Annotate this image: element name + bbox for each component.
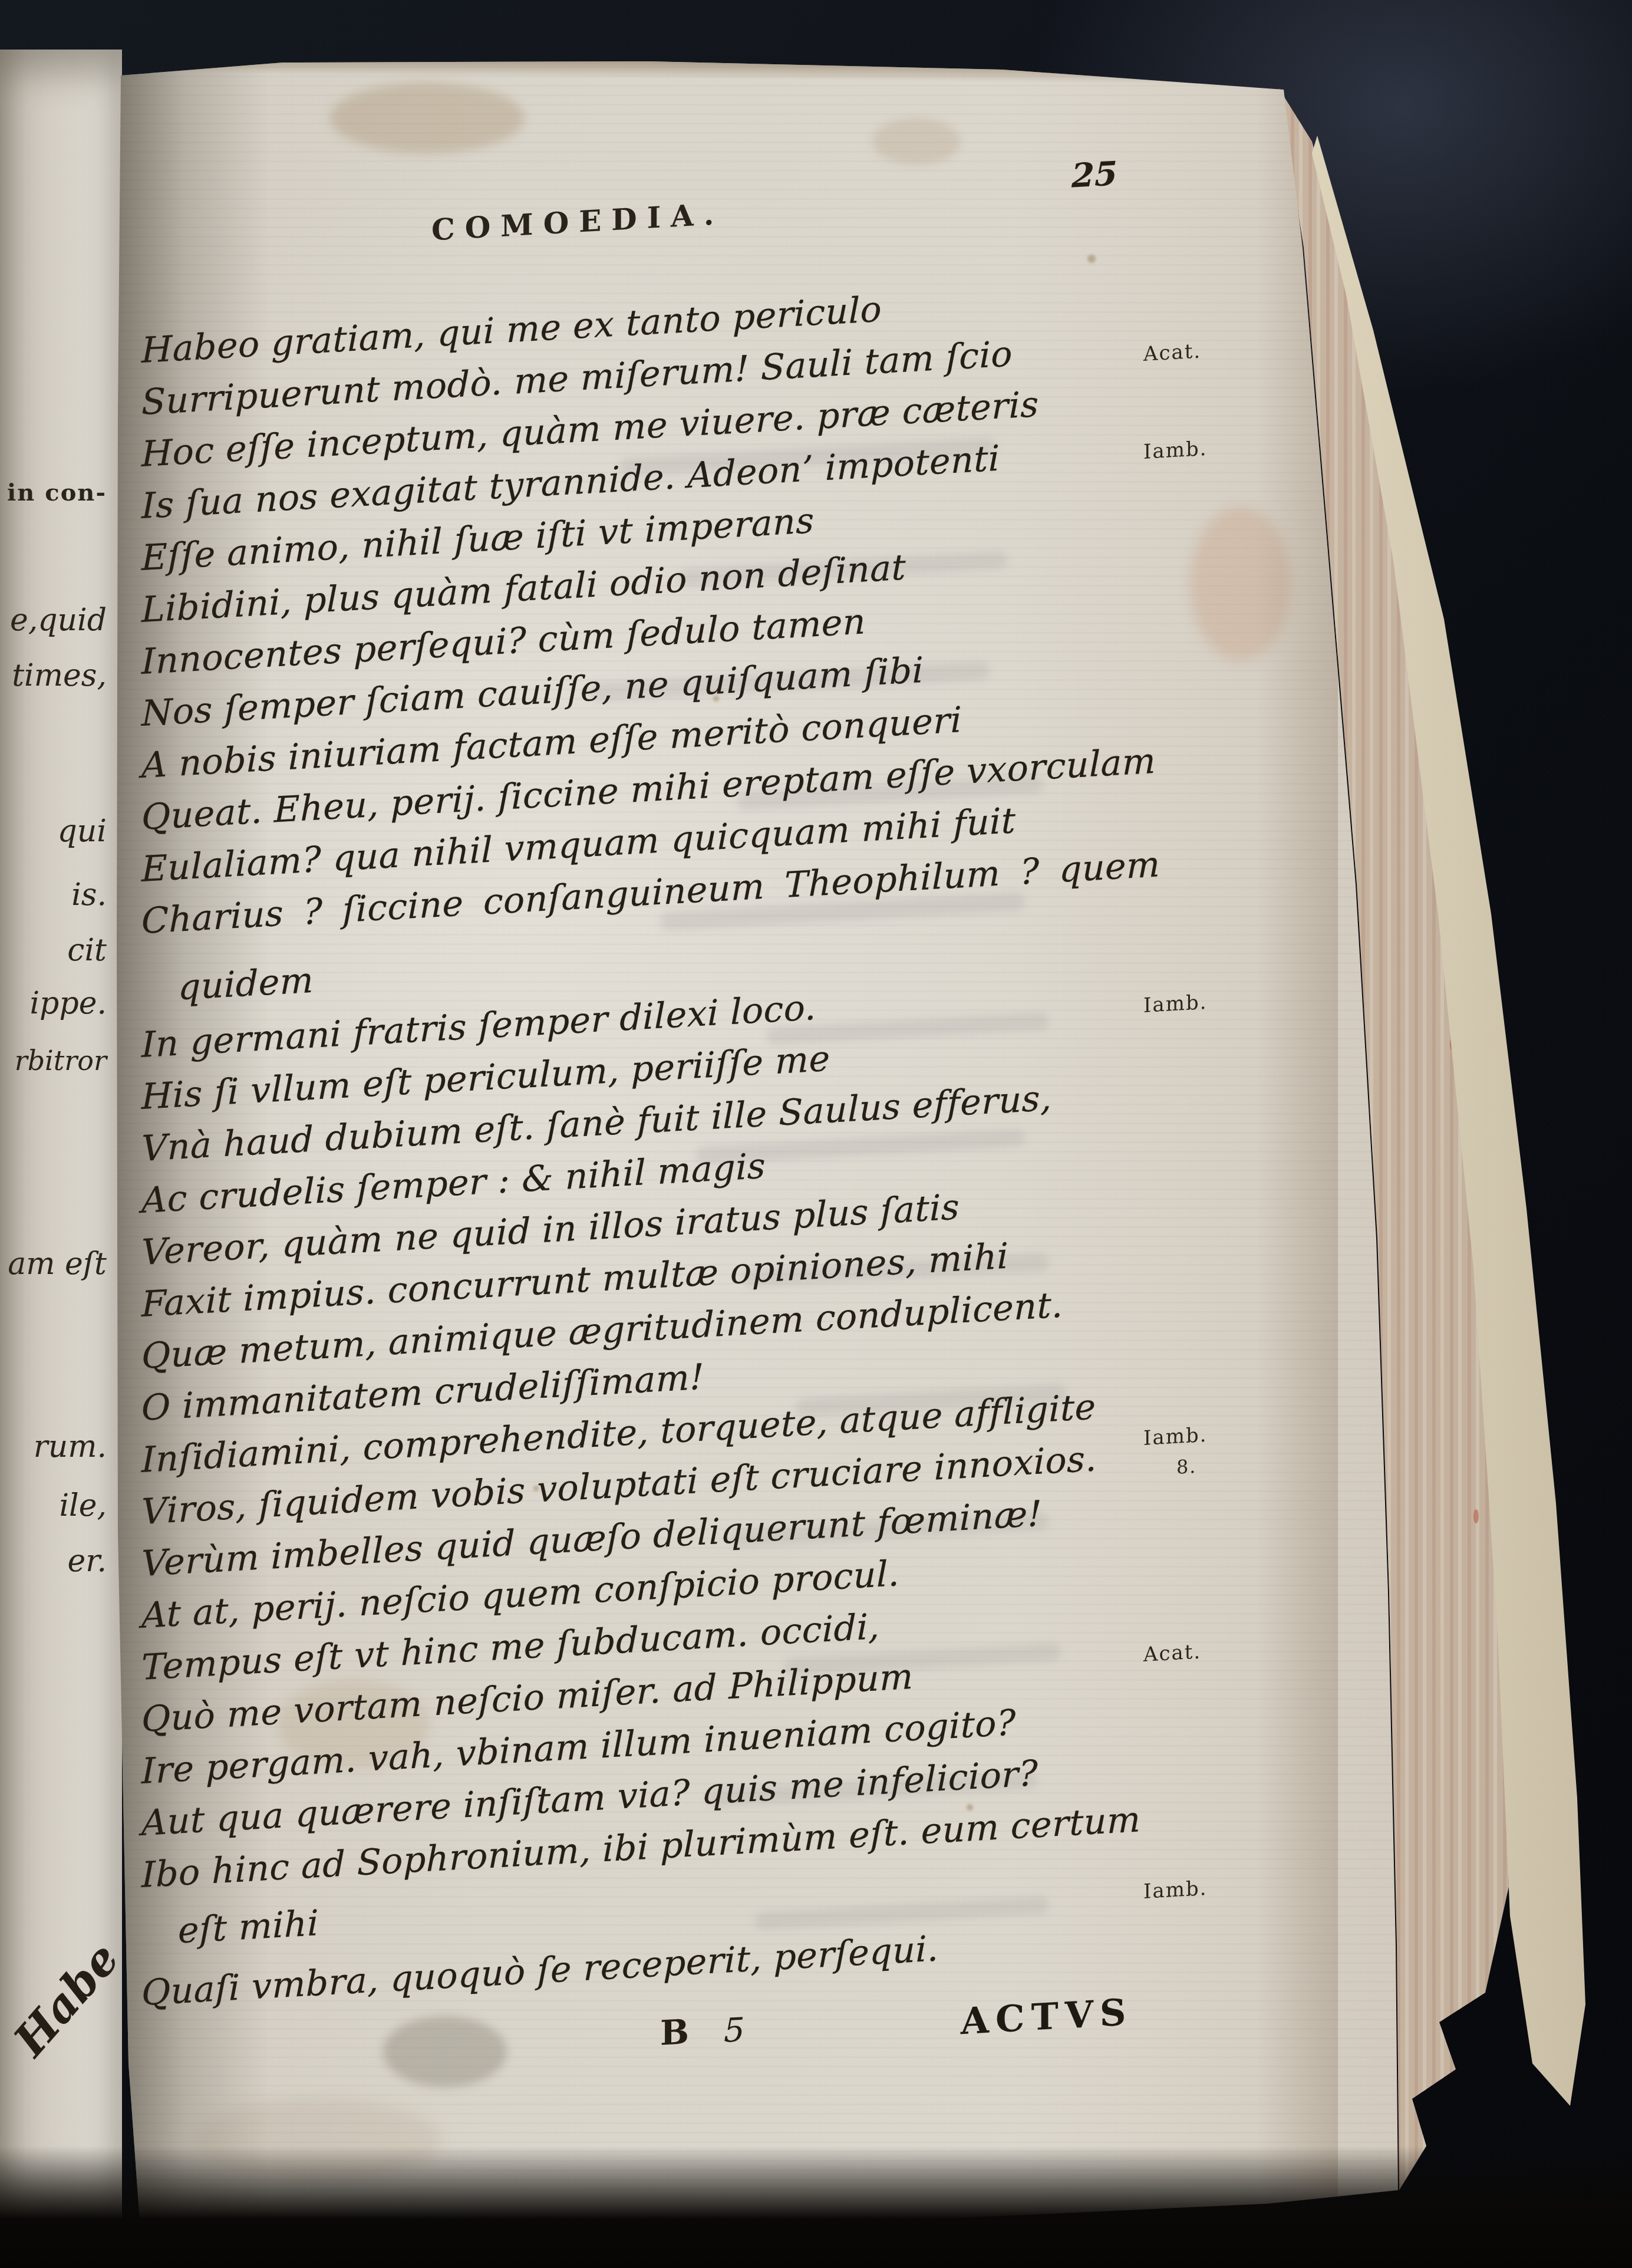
catchword: ACTVS bbox=[961, 1990, 1132, 2043]
verse-text: Quaſi vmbra, quoquò ſe receperit, perſeq… bbox=[141, 1928, 939, 2014]
verse-text: eſt mihi bbox=[141, 1902, 319, 1954]
facing-page-fragment: am eſt bbox=[8, 1246, 107, 1282]
verse-text: Libidini, plus quàm fatali odio non deſi… bbox=[141, 547, 906, 631]
verse-text: Faxit impius. concurrunt multæ opiniones… bbox=[141, 1236, 1008, 1325]
show-through bbox=[766, 1012, 1050, 1046]
verse-line: Is ſua nos exagitat tyrannide. Adeon’ im… bbox=[141, 420, 1314, 538]
meter-margin-note: Acat. bbox=[1143, 1640, 1201, 1666]
verse-text: quidem bbox=[141, 960, 314, 1010]
facing-page-fragment: rbitror bbox=[15, 1045, 107, 1077]
show-through bbox=[754, 1896, 1050, 1930]
meter-margin-note: Iamb. bbox=[1143, 437, 1208, 464]
verse-line: Libidini, plus quàm fatali odio non deſi… bbox=[141, 524, 1314, 641]
verse-text: At at, perij. neſcio quem conſpicio proc… bbox=[141, 1553, 899, 1637]
verse-line: At at, perij. neſcio quem conſpicio proc… bbox=[141, 1530, 1314, 1647]
verse-text: Verùm imbelles quid quæſo deliquerunt fœ… bbox=[141, 1493, 1042, 1585]
meter-margin-note: Iamb. bbox=[1143, 1423, 1208, 1450]
verse-text: Tempus eſt vt hinc me ſubducam. occidi, bbox=[141, 1606, 880, 1688]
verse-line: Vereor, quàm ne quid in illos iratus plu… bbox=[141, 1167, 1314, 1284]
verse-line: A nobis iniuriam factam eſſe meritò conq… bbox=[141, 680, 1314, 797]
verse-text: O immanitatem crudeliſſimam! bbox=[141, 1357, 704, 1429]
verse-line: Ac crudelis ſemper : & nihil magis bbox=[141, 1115, 1314, 1232]
verse-text: Nos ſemper ſciam cauiſſe, ne quiſquam ſi… bbox=[141, 650, 924, 735]
verse-text: Is ſua nos exagitat tyrannide. Adeon’ im… bbox=[141, 438, 1000, 527]
stain bbox=[330, 83, 525, 153]
show-through bbox=[731, 1512, 1050, 1548]
verse-line: Ire pergam. vah, vbinam illum inueniam c… bbox=[141, 1686, 1314, 1803]
verse-text: His ſi vllum eſt periculum, periiſſe me bbox=[141, 1038, 830, 1118]
meter-margin-note: Iamb. bbox=[1143, 990, 1208, 1018]
stain bbox=[383, 2016, 507, 2087]
verse-text: Vnà haud dubium eſt. ſanè fuit ille Saul… bbox=[141, 1078, 1051, 1170]
foxing-dot bbox=[1087, 255, 1096, 263]
verse-line: Verùm imbelles quid quæſo deliquerunt fœ… bbox=[141, 1478, 1314, 1595]
verse-line: Tempus eſt vt hinc me ſubducam. occidi, bbox=[141, 1582, 1314, 1699]
facing-page-fragment: e,quid bbox=[10, 603, 107, 638]
facing-page-fragment: cit bbox=[67, 933, 107, 968]
facing-page-fragment: rum. bbox=[34, 1429, 107, 1464]
verse-text: Eſſe animo, nihil ſuæ iſti vt imperans bbox=[141, 500, 815, 579]
show-through bbox=[695, 1128, 1026, 1164]
meter-margin-note-number: 8. bbox=[1176, 1455, 1197, 1479]
stain bbox=[872, 118, 961, 165]
show-through bbox=[660, 892, 1026, 931]
verse-line: Faxit impius. concurrunt multæ opiniones… bbox=[141, 1219, 1314, 1336]
verse-line: Inſidiamini, comprehendite, torquete, at… bbox=[141, 1374, 1314, 1492]
show-through bbox=[743, 1253, 1050, 1288]
verse-text: Eulaliam? qua nihil vmquam quicquam mihi… bbox=[141, 800, 1016, 890]
verse-text: Ire pergam. vah, vbinam illum inueniam c… bbox=[141, 1702, 1016, 1792]
previous-page-edge: in con- e,quid times, qui is. cit ippe. … bbox=[0, 50, 122, 2229]
verse-text: Quò me vortam neſcio miſer. ad Philippum bbox=[141, 1656, 914, 1740]
verse-line: Nos ſemper ſciam cauiſſe, ne quiſquam ſi… bbox=[141, 628, 1314, 745]
facing-page-fragment: times, bbox=[12, 658, 107, 693]
meter-margin-note: Iamb. bbox=[1143, 1877, 1208, 1904]
show-through bbox=[707, 1771, 1038, 1807]
running-header: COMOEDIA. bbox=[431, 196, 724, 248]
verse-line-continuation: eſt mihiIamb. bbox=[141, 1847, 1314, 1964]
show-through bbox=[619, 437, 997, 476]
stain bbox=[277, 1680, 430, 1769]
verse-text: Habeo gratiam, qui me ex tanto periculo bbox=[141, 289, 882, 371]
verse-line: Vnà haud dubium eſt. ſanè fuit ille Saul… bbox=[141, 1063, 1314, 1180]
signature-number: 5 bbox=[724, 2011, 745, 2050]
verse-line: Innocentes perſequi? cùm ſedulo tamen bbox=[141, 576, 1314, 693]
verse-line-continuation: quidem bbox=[141, 904, 1314, 1021]
verse-line: Aut qua quærere inſiſtam via? quis me in… bbox=[141, 1737, 1314, 1855]
facing-page-fragment: ile, bbox=[59, 1488, 107, 1523]
show-through bbox=[784, 1643, 1061, 1676]
show-through bbox=[678, 551, 1008, 587]
verse-text: Inſidiamini, comprehendite, torquete, at… bbox=[141, 1386, 1096, 1481]
facing-page-fragment: qui bbox=[58, 814, 107, 849]
show-through bbox=[796, 1384, 1067, 1417]
verse-line: His ſi vllum eſt periculum, periiſſe meI… bbox=[141, 1011, 1314, 1128]
facing-page-fragment: ippe. bbox=[29, 986, 107, 1021]
signature-mark: B bbox=[660, 2012, 689, 2053]
verse-line: Quaſi vmbra, quoquò ſe receperit, perſeq… bbox=[141, 1907, 1314, 2025]
verse-line: In germani fratris ſemper dilexi loco. bbox=[141, 959, 1314, 1077]
verse-text: Queat. Eheu, perij. ſiccine mihi ereptam… bbox=[141, 740, 1156, 838]
facing-page-fragment: in con- bbox=[7, 479, 107, 506]
verse-line: Surripuerunt modò. me miſerum! Sauli tam… bbox=[141, 317, 1314, 434]
verse-line: O immanitatem crudeliſſimam! bbox=[141, 1322, 1314, 1440]
verse-text: Aut qua quærere inſiſtam via? quis me in… bbox=[141, 1753, 1038, 1844]
verse-line: Charius ? ſiccine conſanguineum Theophil… bbox=[141, 835, 1314, 953]
catchline: B 5 ACTVS bbox=[141, 1977, 1314, 2107]
page-number: 25 bbox=[1071, 154, 1117, 195]
facing-page-fragment: is. bbox=[71, 877, 107, 913]
verse-line: Eſſe animo, nihil ſuæ iſti vt imperansIa… bbox=[141, 472, 1314, 590]
verse-text: Viros, ſiquidem vobis voluptati eſt cruc… bbox=[141, 1438, 1097, 1533]
verse-text: Innocentes perſequi? cùm ſedulo tamen bbox=[141, 601, 866, 683]
foxing-dot bbox=[967, 1804, 973, 1811]
verse-text: Ac crudelis ſemper : & nihil magis bbox=[141, 1145, 766, 1222]
verse-line: Hoc eſſe inceptum, quàm me viuere. præ c… bbox=[141, 368, 1314, 486]
show-through bbox=[589, 661, 991, 702]
foxing-dot bbox=[533, 1486, 539, 1491]
verse-text: In germani fratris ſemper dilexi loco. bbox=[141, 987, 816, 1066]
verse-line: Quæ metum, animique ægritudinem condupli… bbox=[141, 1270, 1314, 1388]
verse-text: Ibo hinc ad Sophronium, ibi plurimùm eſt… bbox=[141, 1799, 1140, 1896]
verse-line: Habeo gratiam, qui me ex tanto periculo bbox=[141, 265, 1314, 382]
verse-line: Viros, ſiquidem vobis voluptati eſt cruc… bbox=[141, 1426, 1314, 1543]
verse-line: Ibo hinc ad Sophronium, ibi plurimùm eſt… bbox=[141, 1789, 1314, 1907]
book-photo: in con- e,quid times, qui is. cit ippe. … bbox=[0, 0, 1632, 2268]
foxing-dot bbox=[713, 696, 719, 702]
verse-text: Hoc eſſe inceptum, quàm me viuere. præ c… bbox=[141, 384, 1038, 475]
verse-text: Quæ metum, animique ægritudinem condupli… bbox=[141, 1285, 1063, 1377]
verse-text: Vereor, quàm ne quid in illos iratus plu… bbox=[141, 1186, 960, 1273]
text-block: COMOEDIA. 25 Habeo gratiam, qui me ex ta… bbox=[141, 265, 1314, 2107]
verse-line: Queat. Eheu, perij. ſiccine mihi ereptam… bbox=[141, 732, 1314, 849]
verse-line: Eulaliam? qua nihil vmquam quicquam mihi… bbox=[141, 784, 1314, 901]
verse-text: A nobis iniuriam factam eſſe meritò conq… bbox=[141, 699, 962, 786]
stain bbox=[1191, 507, 1291, 660]
meter-margin-note: Acat. bbox=[1143, 339, 1201, 366]
verse-line: Quò me vortam neſcio miſer. ad Philippum… bbox=[141, 1634, 1314, 1751]
background-bottom-shadow bbox=[0, 2146, 1632, 2268]
header-row: COMOEDIA. 25 bbox=[141, 163, 1314, 276]
verse-text: Surripuerunt modò. me miſerum! Sauli tam… bbox=[141, 333, 1013, 423]
verse-text: Charius ? ſiccine conſanguineum Theophil… bbox=[141, 844, 1160, 942]
show-through bbox=[737, 776, 1044, 811]
facing-page-fragment: er. bbox=[68, 1543, 107, 1579]
